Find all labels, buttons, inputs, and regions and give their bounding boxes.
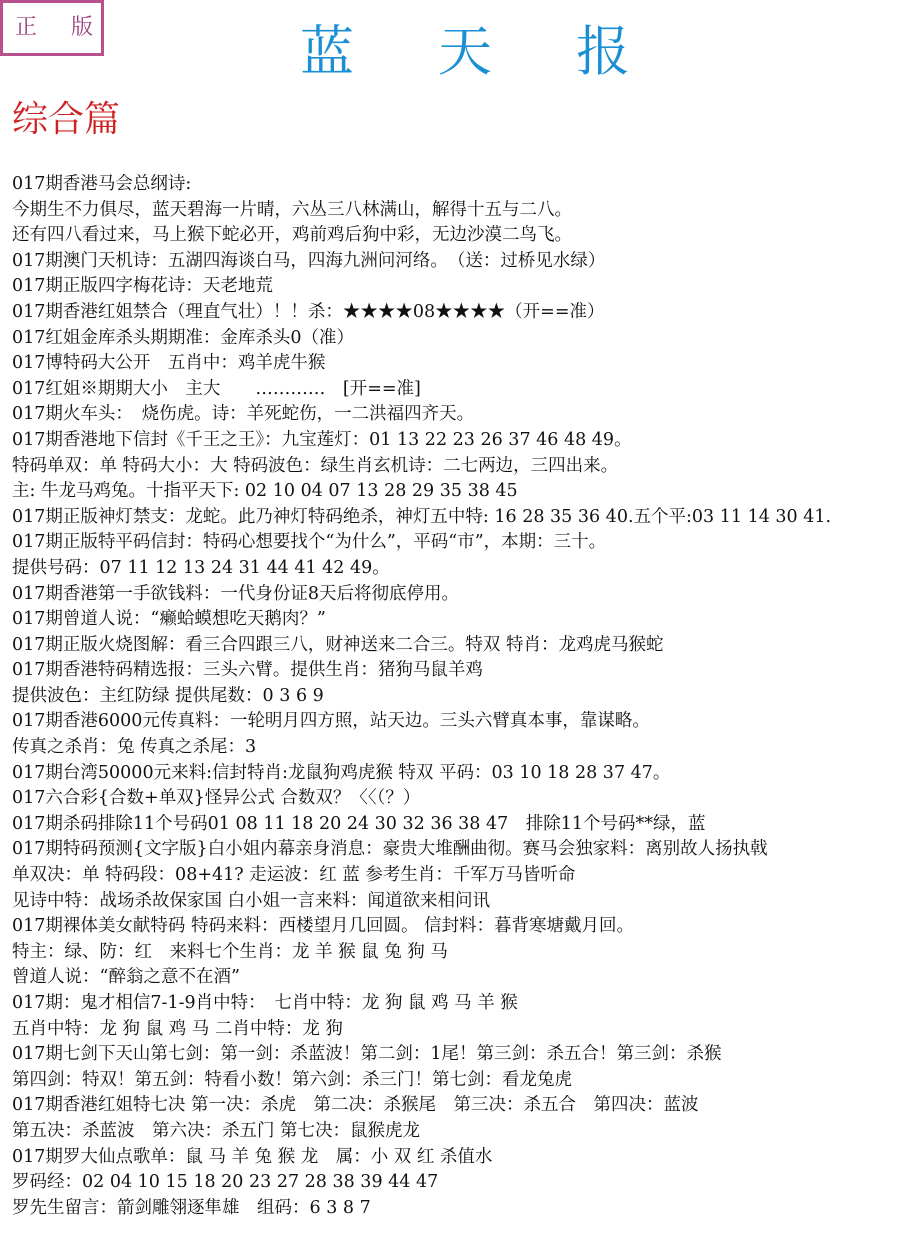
content-lines: 017期香港马会总纲诗:今期生不力俱尽，蓝天碧海一片晴，六丛三八林满山，解得十五… xyxy=(12,172,900,1221)
text-line: 今期生不力俱尽，蓝天碧海一片晴，六丛三八林满山，解得十五与二八。 xyxy=(12,198,900,224)
text-line: 017博特码大公开 五肖中：鸡羊虎牛猴 xyxy=(12,351,900,377)
text-line: 017期香港红姐特七决 第一决：杀虎 第二决：杀猴尾 第三决：杀五合 第四决：蓝… xyxy=(12,1093,900,1119)
text-line: 特主：绿、防：红 来料七个生肖：龙 羊 猴 鼠 兔 狗 马 xyxy=(12,940,900,966)
text-line: 017期：鬼才相信7-1-9肖中特： 七肖中特：龙 狗 鼠 鸡 马 羊 猴 xyxy=(12,991,900,1017)
text-line: 017期香港第一手欲钱料：一代身份证8天后将彻底停用。 xyxy=(12,582,900,608)
text-line: 017期香港地下信封《千王之王》：九宝莲灯：01 13 22 23 26 37 … xyxy=(12,428,900,454)
text-line: 017期曾道人说：“癞蛤蟆想吃天鹅肉？” xyxy=(12,607,900,633)
text-line: 特码单双：单 特码大小：大 特码波色：绿生肖玄机诗：二七两边，三四出来。 xyxy=(12,454,900,480)
badge-char: 版 xyxy=(71,10,93,41)
text-line: 017期正版四字梅花诗：天老地荒 xyxy=(12,274,900,300)
authentic-edition-badge: 正 版 xyxy=(0,0,104,56)
text-line: 017期香港6000元传真料：一轮明月四方照，站天边。三头六臂真本事，靠谋略。 xyxy=(12,709,900,735)
text-line: 017期香港特码精选报：三头六臂。提供生肖：猪狗马鼠羊鸡 xyxy=(12,658,900,684)
text-line: 罗码经：02 04 10 15 18 20 23 27 28 38 39 44 … xyxy=(12,1170,900,1196)
text-line: 五肖中特：龙 狗 鼠 鸡 马 二肖中特：龙 狗 xyxy=(12,1017,900,1043)
text-line: 017期火车头： 烧伤虎。诗：羊死蛇伤，一二洪福四齐天。 xyxy=(12,402,900,428)
text-line: 017期裸体美女献特码 特码来料：西楼望月几回圆。 信封料：暮背寒塘戴月回。 xyxy=(12,914,900,940)
text-line: 提供号码：07 11 12 13 24 31 44 41 42 49。 xyxy=(12,556,900,582)
title-char: 蓝 xyxy=(300,22,354,82)
text-line: 017期澳门天机诗：五湖四海谈白马，四海九洲问河络。 （送：过桥见水绿） xyxy=(12,249,900,275)
text-line: 017红姐※期期大小 主大 ………… [开==准] xyxy=(12,377,900,403)
text-line: 罗先生留言：箭剑雕翎逐隼雄 组码：6 3 8 7 xyxy=(12,1196,900,1222)
text-line: 017期正版神灯禁支：龙蛇。此乃神灯特码绝杀，神灯五中特: 16 28 35 3… xyxy=(12,505,900,531)
text-line: 017期杀码排除11个号码01 08 11 18 20 24 30 32 36 … xyxy=(12,812,900,838)
badge-char: 正 xyxy=(15,10,37,41)
text-line: 单双决：单 特码段：08+41? 走运波：红 蓝 参考生肖：千军万马皆听命 xyxy=(12,863,900,889)
text-line: 曾道人说：“醉翁之意不在酒” xyxy=(12,965,900,991)
text-line: 017红姐金库杀头期期准：金库杀头0（准） xyxy=(12,326,900,352)
text-line: 017期正版特平码信封：特码心想要找个“为什么”，平码“市”，本期：三十。 xyxy=(12,530,900,556)
text-line: 017期台湾50000元来料:信封特肖:龙鼠狗鸡虎猴 特双 平码：03 10 1… xyxy=(12,761,900,787)
text-line: 第五决：杀蓝波 第六决：杀五门 第七决：鼠猴虎龙 xyxy=(12,1119,900,1145)
text-line: 传真之杀肖：兔 传真之杀尾：3 xyxy=(12,735,900,761)
text-line: 主: 牛龙马鸡兔。十指平天下: 02 10 04 07 13 28 29 35 … xyxy=(12,479,900,505)
page-title: 蓝 天 报 xyxy=(300,22,630,82)
text-line: 017期香港红姐禁合（理直气壮）！！杀：★★★★08★★★★（开==准） xyxy=(12,300,900,326)
text-line: 017期七剑下天山第七剑：第一剑：杀蓝波！第二剑：1尾！第三剑：杀五合！第三剑：… xyxy=(12,1042,900,1068)
section-title: 综合篇 xyxy=(12,98,120,142)
text-line: 见诗中特：战场杀故保家国 白小姐一言来料：闻道欲来相问讯 xyxy=(12,889,900,915)
title-char: 报 xyxy=(576,22,630,82)
title-char: 天 xyxy=(438,22,492,82)
text-line: 还有四八看过来，马上猴下蛇必开，鸡前鸡后狗中彩，无边沙漠二鸟飞。 xyxy=(12,223,900,249)
text-line: 017期罗大仙点歌单：鼠 马 羊 兔 猴 龙 属：小 双 红 杀值水 xyxy=(12,1145,900,1171)
text-line: 017期特码预测{文字版}白小姐内幕亲身消息：豪贵大堆酬曲彻。赛马会独家料：离别… xyxy=(12,837,900,863)
text-line: 017期正版火烧图解：看三合四跟三八，财神送来二合三。特双 特肖：龙鸡虎马猴蛇 xyxy=(12,633,900,659)
text-line: 017六合彩{合数+单双}怪异公式 合数双？〈〈（？） xyxy=(12,786,900,812)
text-line: 提供波色：主红防绿 提供尾数：0 3 6 9 xyxy=(12,684,900,710)
text-line: 第四剑：特双！第五剑：特看小数！第六剑：杀三门！第七剑：看龙兔虎 xyxy=(12,1068,900,1094)
text-line: 017期香港马会总纲诗: xyxy=(12,172,900,198)
